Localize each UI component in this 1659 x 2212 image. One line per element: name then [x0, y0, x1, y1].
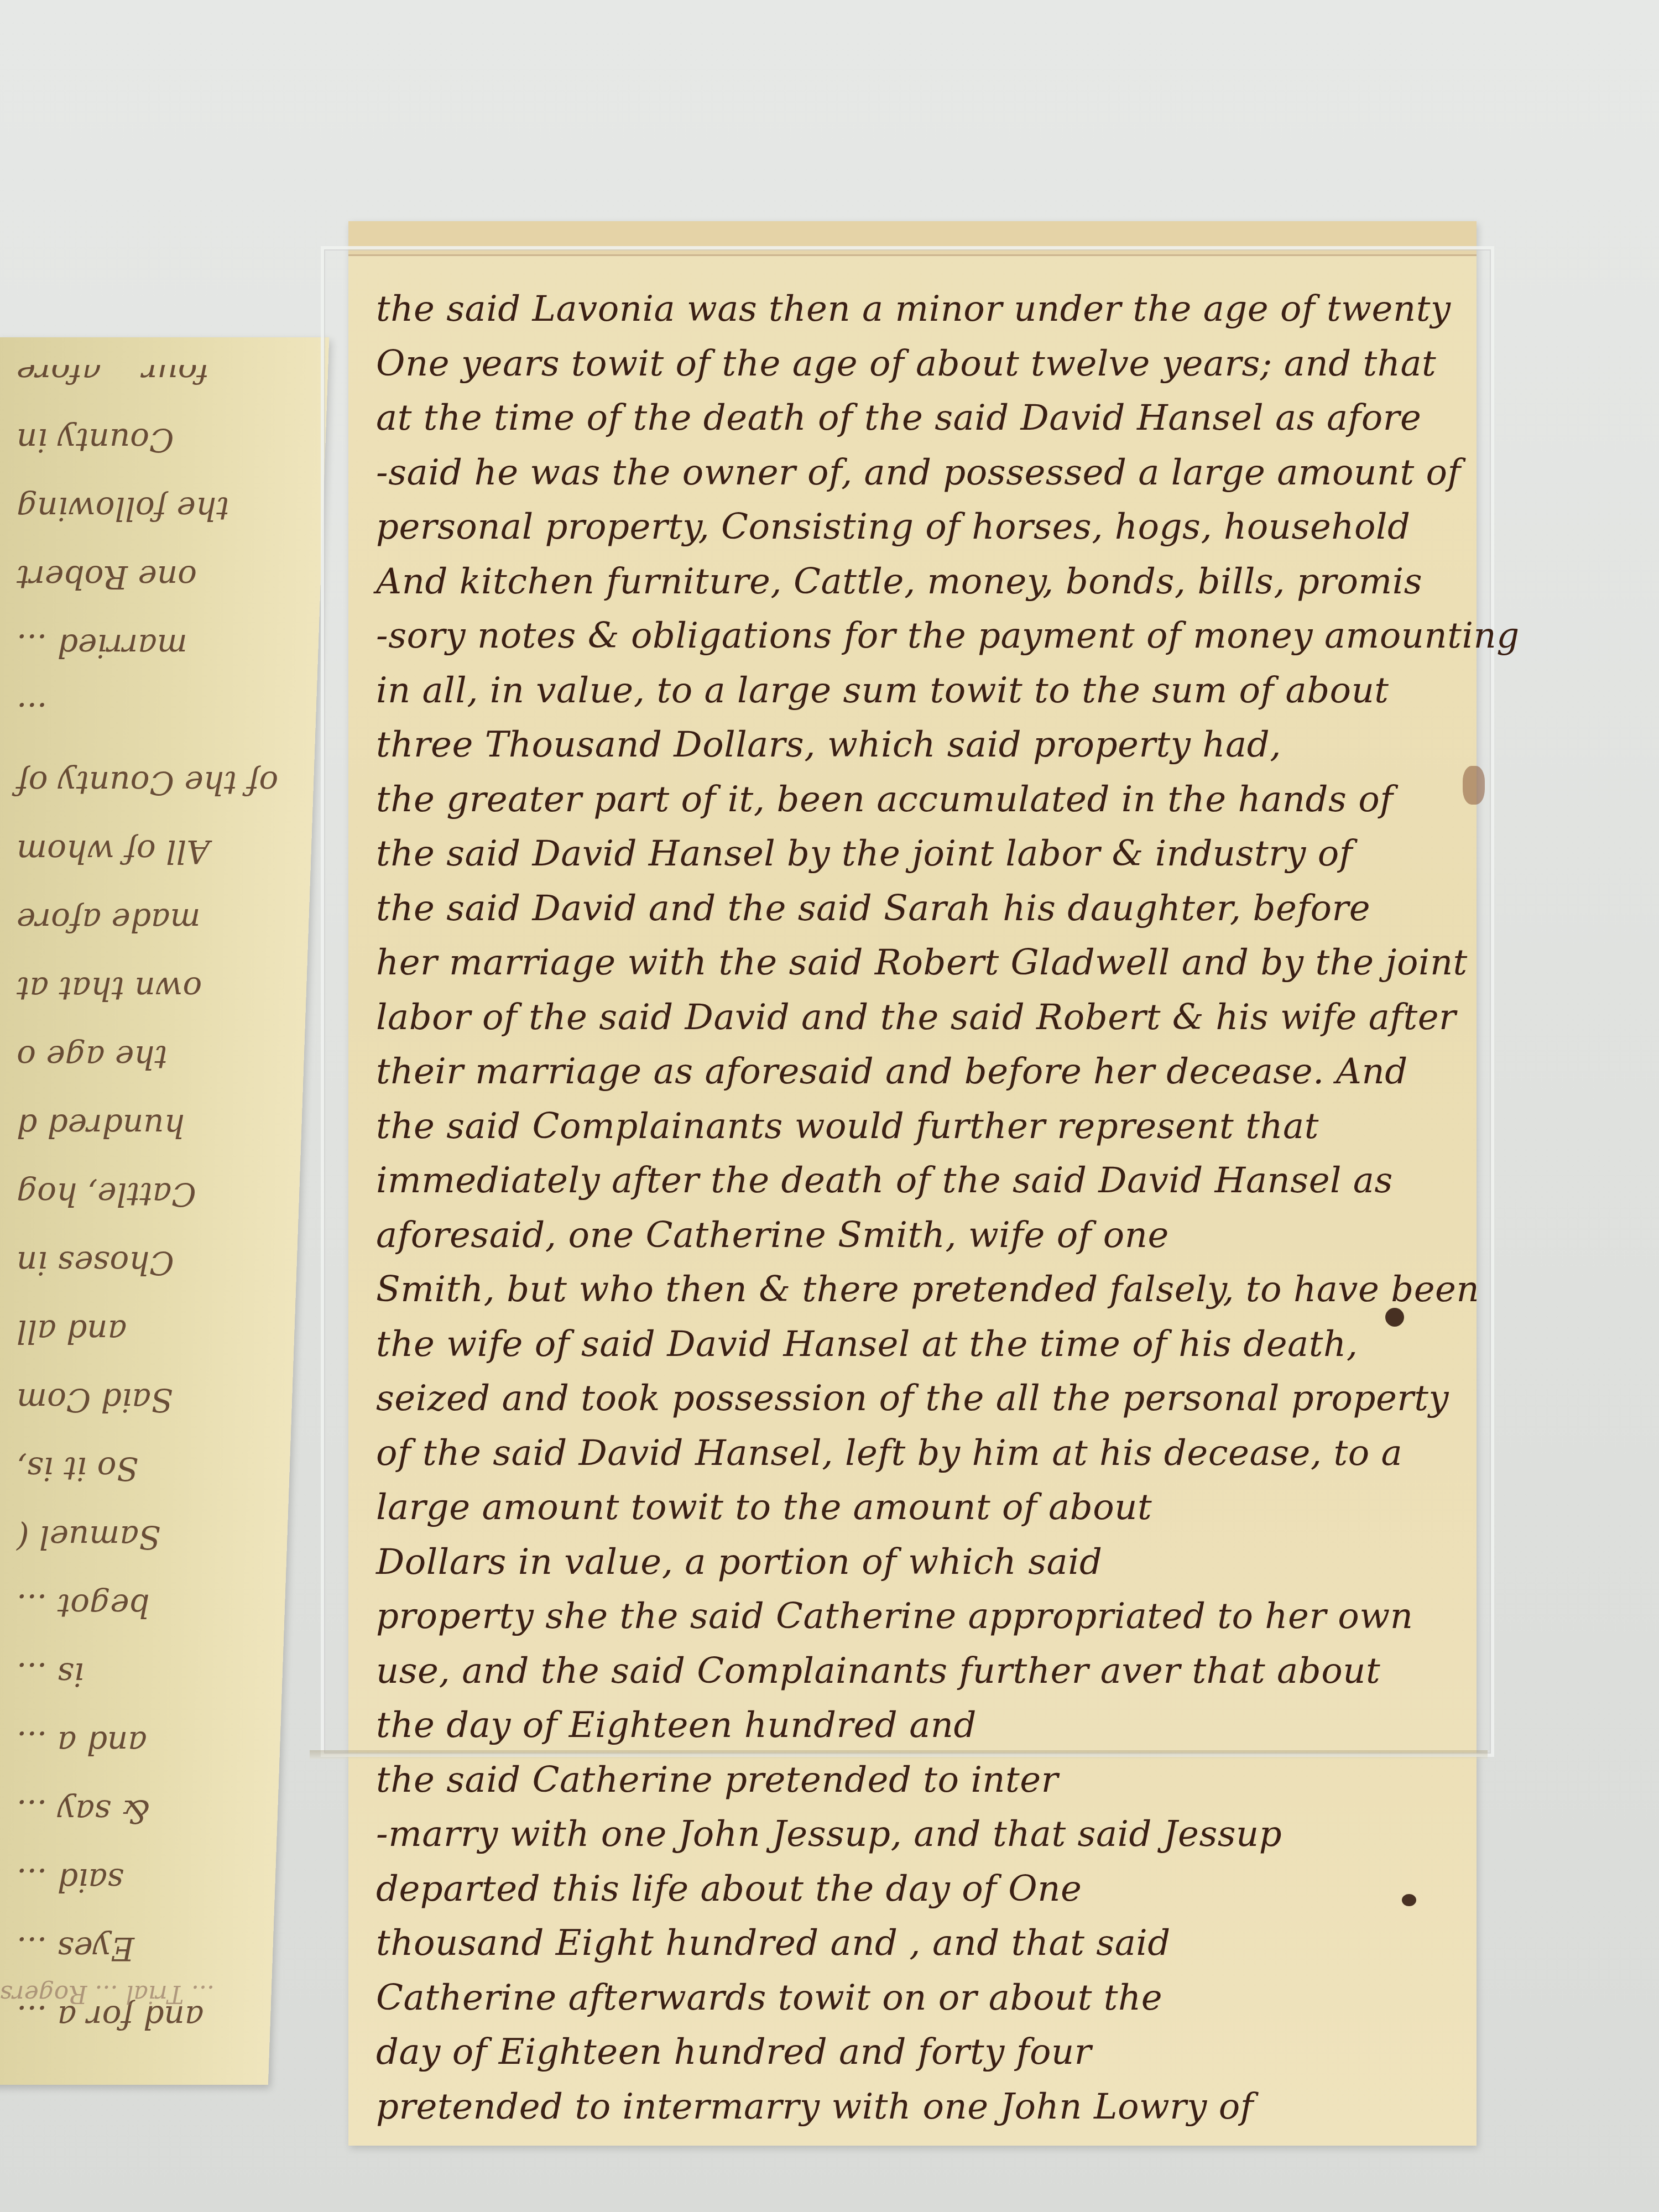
left-sheet-line: the following: [17, 474, 293, 543]
manuscript-line: the greater part of it, been accumulated…: [376, 773, 1471, 827]
manuscript-line: personal property, Consisting of horses,…: [376, 500, 1471, 555]
left-sheet-line: and all: [17, 1297, 293, 1366]
manuscript-line: -marry with one John Jessup, and that sa…: [376, 1807, 1471, 1862]
manuscript-line: Catherine afterwards towit on or about t…: [376, 1971, 1471, 2026]
manuscript-line: at the time of the death of the said Dav…: [376, 391, 1471, 446]
manuscript-line: the said David Hansel by the joint labor…: [376, 827, 1471, 881]
manuscript-line: immediately after the death of the said …: [376, 1154, 1471, 1208]
ink-blot: [1402, 1894, 1416, 1906]
left-sheet-line: Said Com: [17, 1366, 293, 1434]
manuscript-line: labor of the said David and the said Rob…: [376, 990, 1471, 1045]
left-sheet-line: and a ...: [17, 1709, 293, 1777]
manuscript-line: -sory notes & obligations for the paymen…: [376, 609, 1471, 664]
left-sheet-line: Samuel (: [17, 1503, 293, 1572]
manuscript-line: the said Complainants would further repr…: [376, 1099, 1471, 1154]
left-sheet-line: Choses in: [17, 1229, 293, 1297]
manuscript-line: in all, in value, to a large sum towit t…: [376, 664, 1471, 718]
left-sheet-line: County in: [17, 406, 293, 474]
manuscript-line: her marriage with the said Robert Gladwe…: [376, 936, 1471, 990]
left-sheet-line: own that at: [17, 954, 293, 1023]
left-sheet-line: said ...: [17, 1846, 293, 1914]
manuscript-line: aforesaid, one Catherine Smith, wife of …: [376, 1208, 1471, 1263]
manuscript-line: large amount towit to the amount of abou…: [376, 1480, 1471, 1535]
manuscript-line: the said Lavonia was then a minor under …: [376, 282, 1471, 337]
manuscript-line: of the said David Hansel, left by him at…: [376, 1426, 1471, 1481]
manuscript-line: Smith, but who then & there pretended fa…: [376, 1262, 1471, 1317]
left-sheet-line: made afore: [17, 886, 293, 954]
manuscript-line: seized and took possession of the all th…: [376, 1371, 1471, 1426]
left-sheet-line: the age o: [17, 1023, 293, 1092]
manuscript-line: pretended to intermarry with one John Lo…: [376, 2080, 1471, 2135]
left-sheet-line: Cattle, hog: [17, 1160, 293, 1229]
left-sheet-line: of the County of: [17, 749, 293, 817]
manuscript-line: the day of Eighteen hundred and: [376, 1698, 1471, 1753]
left-sheet-text: and for a ...Eyes ...said ...& say ...an…: [0, 365, 310, 2052]
manuscript-line: property she the said Catherine appropri…: [376, 1589, 1471, 1644]
main-page-handwriting: the said Lavonia was then a minor under …: [376, 282, 1471, 2134]
manuscript-line: And kitchen furniture, Cattle, money, bo…: [376, 555, 1471, 609]
manuscript-line: departed this life about the day of One: [376, 1862, 1471, 1917]
left-sheet-line: begot ...: [17, 1572, 293, 1640]
manuscript-line: the said David and the said Sarah his da…: [376, 881, 1471, 936]
left-sheet-faded-note: ... Trial ... Rogers: [0, 1980, 215, 2008]
left-sheet-line: Eyes ...: [17, 1914, 293, 1983]
ink-blot: [1463, 766, 1485, 805]
manuscript-line: use, and the said Complainants further a…: [376, 1644, 1471, 1699]
manuscript-line: -said he was the owner of, and possessed…: [376, 446, 1471, 500]
manuscript-line: day of Eighteen hundred and forty four: [376, 2025, 1471, 2080]
left-sheet-line: four ...afore: [17, 365, 293, 406]
manuscript-line: thousand Eight hundred and , and that sa…: [376, 1916, 1471, 1971]
left-sheet-line: hundred d: [17, 1092, 293, 1160]
manuscript-line: One years towit of the age of about twel…: [376, 337, 1471, 392]
left-sheet-line: All of whom: [17, 817, 293, 886]
left-sheet-line: is ...: [17, 1640, 293, 1709]
manuscript-line: the wife of said David Hansel at the tim…: [376, 1317, 1471, 1372]
manuscript-line: the said Catherine pretended to inter: [376, 1753, 1471, 1808]
manuscript-line: their marriage as aforesaid and before h…: [376, 1045, 1471, 1099]
left-sheet-line: ...: [17, 680, 293, 749]
left-sheet-line: So it is,: [17, 1434, 293, 1503]
manuscript-line: three Thousand Dollars, which said prope…: [376, 718, 1471, 773]
manuscript-line: Dollars in value, a portion of which sai…: [376, 1535, 1471, 1590]
left-sheet-line: one Robert: [17, 543, 293, 612]
ink-blot: [1385, 1308, 1404, 1327]
left-sheet-line: & say ...: [17, 1777, 293, 1846]
left-sheet-line: married ...: [17, 612, 293, 680]
